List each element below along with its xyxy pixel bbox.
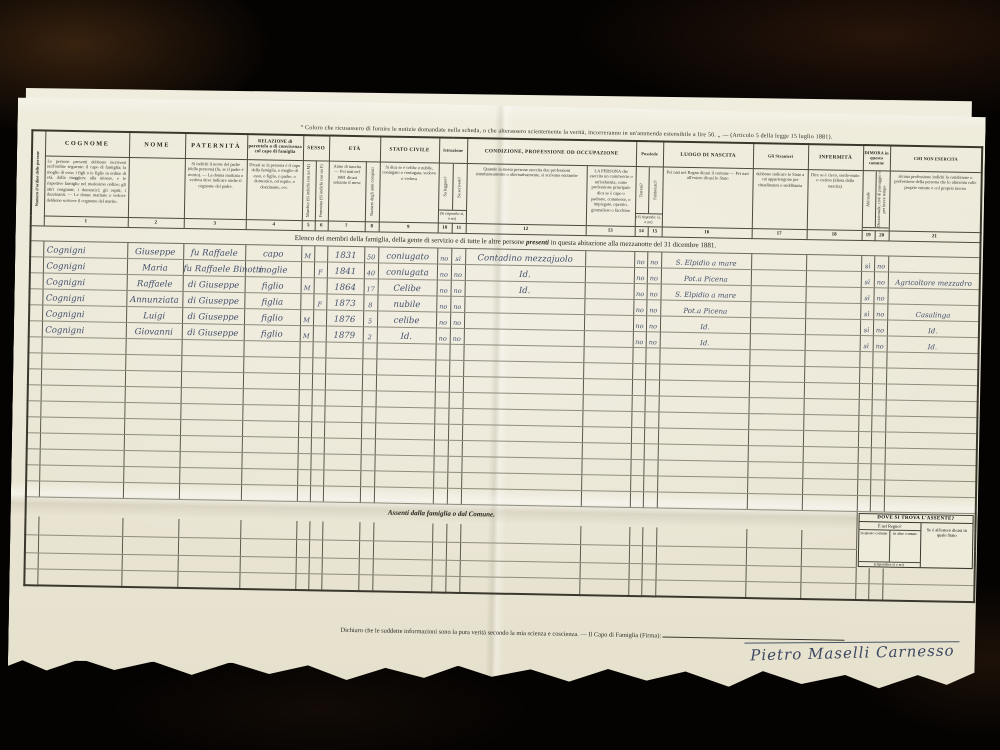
blank-cell — [125, 338, 181, 355]
blank-cell — [360, 486, 374, 502]
blank-cell — [322, 540, 359, 559]
eta-anno-note: Anno di nascita — Pei nati nel 1881 dica… — [328, 161, 366, 222]
blank-cell — [298, 437, 311, 453]
blank-cell — [362, 358, 376, 374]
blank-cell — [868, 584, 882, 600]
blank-cell — [582, 442, 631, 459]
blank-cell — [579, 579, 628, 596]
blank-cell — [311, 421, 324, 437]
blank-cell — [376, 358, 435, 375]
blank-cell — [432, 542, 446, 560]
blank-cell — [312, 373, 325, 389]
blank-cell — [749, 381, 804, 398]
blank-cell — [885, 447, 977, 465]
col-luogo-title: LUOGO DI NASCITA — [663, 141, 753, 168]
group-possiede-title: Possiede — [636, 141, 663, 166]
blank-cell — [435, 359, 449, 375]
blank-cell — [325, 358, 362, 375]
blank-cell — [372, 575, 431, 592]
blank-cell — [432, 560, 446, 576]
blank-cell — [122, 518, 178, 537]
blank-cell — [24, 569, 37, 585]
blank-cell — [309, 540, 322, 558]
blank-cell — [448, 424, 462, 440]
blank-cell — [296, 558, 309, 574]
col-stranieri-title: Gli Stranieri — [753, 143, 808, 169]
blank-cell — [581, 490, 630, 507]
blank-cell — [449, 392, 463, 408]
blank-cell — [375, 422, 434, 439]
blank-cell — [882, 584, 974, 602]
blank-cell — [40, 432, 124, 449]
blank-cell — [374, 454, 433, 471]
blank-cell — [583, 362, 632, 379]
blank-cell — [323, 485, 360, 502]
nome-note — [128, 157, 185, 218]
blank-cell — [858, 399, 871, 415]
blank-cell — [801, 548, 856, 567]
blank-cell — [855, 583, 868, 599]
blank-cell — [659, 347, 749, 365]
blank-cell — [243, 372, 299, 389]
blank-cell — [870, 463, 884, 479]
blank-cell — [359, 559, 373, 575]
blank-cell — [25, 535, 38, 553]
blank-cell — [124, 434, 180, 451]
blank-cell — [871, 415, 885, 431]
blank-cell — [884, 463, 976, 481]
blank-cell — [324, 406, 361, 423]
blank-cell — [239, 573, 295, 590]
blank-cell — [299, 341, 312, 357]
blank-cell — [658, 427, 748, 445]
blank-cell — [659, 395, 749, 413]
blank-cell — [803, 414, 858, 431]
blank-cell — [325, 374, 362, 391]
col-chinon-title: CHI NON ESERCITA — [890, 146, 982, 173]
blank-cell — [656, 564, 746, 582]
group-istruzione-title: Istruzione — [439, 138, 467, 163]
blank-cell — [178, 519, 240, 538]
blank-cell — [800, 583, 855, 600]
blank-cell — [434, 439, 448, 455]
census-table: Numero d'ordine delle persone COGNOME NO… — [23, 129, 983, 602]
blank-cell — [181, 371, 243, 388]
blank-cell — [37, 569, 121, 586]
blank-cell — [361, 422, 375, 438]
box-estero: Se è all'estero dicasi in quale Stato — [921, 523, 973, 568]
blank-cell — [643, 475, 657, 491]
blank-cell — [582, 426, 631, 443]
relazione-note: Dicasi se la persona è il capo della fam… — [246, 159, 303, 220]
blank-cell — [432, 524, 446, 542]
blank-cell — [857, 479, 870, 495]
stato-note: Si dica se è celibe o nubile, coniugato … — [379, 161, 439, 222]
blank-cell — [857, 463, 870, 479]
declaration-line: Dichiaro che le suddette informazioni so… — [340, 626, 844, 643]
blank-cell — [448, 440, 462, 456]
blank-cell — [433, 487, 447, 503]
blank-cell — [324, 422, 361, 439]
blank-cell — [41, 336, 125, 353]
group-sesso-title: SESSO — [303, 135, 329, 160]
condizione-12-note: Quando la stessa persona esercita due pr… — [466, 163, 587, 225]
blank-cell — [376, 374, 435, 391]
box-questo-comune: in questo comune — [858, 530, 889, 562]
possiede-note: Terreni?Fabbricati?(Si risponda: sì, o n… — [635, 166, 663, 226]
blank-cell — [179, 451, 241, 468]
blank-cell — [643, 459, 657, 475]
blank-cell — [803, 446, 858, 463]
blank-cell — [644, 427, 658, 443]
dimora-note: AbitualeOccasionale, cioè di passaggio o… — [862, 170, 890, 230]
blank-cell — [803, 398, 858, 415]
blank-cell — [630, 491, 643, 507]
blank-cell — [240, 538, 296, 557]
blank-cell — [312, 341, 325, 357]
blank-cell — [359, 541, 373, 559]
blank-cell — [630, 459, 643, 475]
blank-cell — [882, 568, 974, 586]
blank-cell — [310, 453, 323, 469]
blank-cell — [445, 576, 459, 592]
blank-cell — [746, 529, 801, 548]
blank-cell — [645, 379, 659, 395]
blank-cell — [125, 370, 181, 387]
blank-cell — [39, 448, 123, 465]
blank-cell — [241, 452, 297, 469]
col-relazione-title: RELAZIONE di parentela o di convivenza c… — [247, 134, 303, 160]
blank-cell — [885, 415, 977, 433]
blank-cell — [179, 483, 241, 500]
blank-cell — [632, 347, 645, 363]
blank-cell — [659, 379, 749, 397]
blank-cell — [125, 386, 181, 403]
blank-cell — [644, 411, 658, 427]
blank-cell — [643, 491, 657, 507]
blank-cell — [362, 390, 376, 406]
blank-cell — [122, 554, 178, 571]
blank-cell — [870, 495, 884, 511]
blank-cell — [747, 493, 802, 510]
blank-cell — [26, 448, 39, 464]
blank-cell — [178, 537, 240, 556]
blank-cell — [296, 539, 309, 557]
blank-cell — [28, 384, 41, 400]
blank-cell — [40, 416, 124, 433]
photo-background: “ Coloro che ricusassero di fornire le n… — [0, 0, 1000, 750]
blank-cell — [240, 520, 296, 539]
blank-cell — [375, 438, 434, 455]
blank-cell — [41, 368, 125, 385]
col-infermita-title: INFERMITÀ — [808, 144, 863, 170]
blank-cell — [857, 495, 870, 511]
blank-cell — [583, 394, 632, 411]
blank-cell — [749, 365, 804, 382]
blank-cell — [358, 575, 372, 591]
col-paternita-title: PATERNITÀ — [185, 133, 247, 159]
blank-cell — [27, 432, 40, 448]
blank-cell — [629, 563, 642, 579]
blank-cell — [40, 400, 124, 417]
blank-cell — [312, 389, 325, 405]
blank-cell — [310, 485, 323, 501]
blank-cell — [178, 555, 240, 572]
blank-cell — [804, 382, 859, 399]
blank-cell — [801, 530, 856, 549]
blank-cell — [362, 342, 376, 358]
blank-cell — [434, 407, 448, 423]
blank-cell — [123, 450, 179, 467]
blank-cell — [884, 479, 976, 497]
blank-cell — [872, 367, 886, 383]
blank-cell — [181, 355, 243, 372]
blank-cell — [179, 467, 241, 484]
blank-cell — [802, 494, 857, 511]
blank-cell — [632, 363, 645, 379]
blank-cell — [747, 461, 802, 478]
blank-cell — [434, 423, 448, 439]
sesso-maschio-note: Maschio (Si indichi con un M) — [302, 160, 316, 220]
blank-cell — [642, 546, 656, 564]
blank-cell — [747, 477, 802, 494]
blank-cell — [804, 366, 859, 383]
blank-cell — [885, 431, 977, 449]
blank-cell — [41, 384, 125, 401]
blank-cell — [295, 574, 308, 590]
sheet-content: “ Coloro che ricusassero di fornire le n… — [23, 120, 981, 602]
blank-cell — [885, 399, 977, 417]
blank-cell — [645, 363, 659, 379]
blank-cell — [859, 367, 872, 383]
blank-cell — [583, 346, 632, 363]
blank-cell — [872, 383, 886, 399]
sesso-femmina-note: Femmina (Si indichi con un F) — [315, 160, 329, 220]
blank-cell — [325, 342, 362, 359]
blank-cell — [629, 527, 642, 545]
blank-cell — [181, 339, 243, 356]
blank-cell — [376, 342, 435, 359]
box-rispondere: (rispondere sì o no) — [858, 561, 919, 567]
head-of-family-signature: Pietro Maselli Carnesso — [750, 641, 955, 664]
cell-cognome: Cognigni — [43, 240, 127, 257]
blank-cell — [630, 475, 643, 491]
blank-cell — [446, 542, 460, 560]
blank-cell — [645, 395, 659, 411]
blank-cell — [123, 482, 179, 499]
blank-cell — [629, 545, 642, 563]
blank-cell — [321, 574, 358, 591]
blank-cell — [858, 415, 871, 431]
blank-cell — [361, 406, 375, 422]
blank-cell — [376, 390, 435, 407]
blank-cell — [360, 470, 374, 486]
blank-cell — [27, 400, 40, 416]
blank-cell — [642, 564, 656, 580]
col-cognome-title: COGNOME — [45, 130, 129, 156]
blank-cell — [39, 480, 123, 497]
col-stato-title: STATO CIVILE — [380, 136, 439, 162]
blank-cell — [645, 347, 659, 363]
blank-cell — [177, 571, 239, 588]
blank-cell — [38, 517, 122, 537]
blank-cell — [25, 517, 38, 535]
blank-cell — [310, 469, 323, 485]
blank-cell — [312, 357, 325, 373]
blank-cell — [360, 454, 374, 470]
blank-cell — [655, 580, 745, 598]
blank-cell — [642, 528, 656, 546]
blank-cell — [297, 453, 310, 469]
blank-cell — [374, 470, 433, 487]
blank-cell — [39, 464, 123, 481]
blank-cell — [632, 379, 645, 395]
blank-cell — [657, 491, 747, 509]
blank-cell — [656, 546, 746, 566]
blank-cell — [581, 458, 630, 475]
blank-cell — [868, 568, 882, 584]
condizione-13-note: LA PERSONA che esercita un commercio o u… — [586, 165, 636, 226]
stranieri-note: debbono indicare lo Stato a cui apparten… — [752, 168, 808, 229]
blank-cell — [28, 352, 41, 368]
blank-cell — [886, 368, 978, 386]
blank-cell — [460, 542, 580, 562]
blank-cell — [181, 387, 243, 404]
blank-cell — [446, 524, 460, 542]
blank-cell — [241, 484, 297, 501]
blank-cell — [242, 436, 298, 453]
cognome-note: Le persone presenti debbono iscriversi n… — [44, 155, 129, 216]
blank-cell — [324, 438, 361, 455]
blank-cell — [122, 536, 178, 555]
col-nome-title: NOME — [129, 132, 185, 158]
blank-cell — [449, 344, 463, 360]
blank-cell — [582, 410, 631, 427]
blank-cell — [309, 522, 322, 540]
blank-cell — [644, 443, 658, 459]
blank-cell — [859, 383, 872, 399]
blank-cell — [658, 411, 748, 429]
blank-cell — [804, 350, 859, 367]
blank-cell — [373, 541, 432, 560]
blank-cell — [41, 352, 125, 369]
blank-cell — [628, 579, 641, 595]
blank-cell — [870, 479, 884, 495]
blank-cell — [123, 466, 179, 483]
blank-cell — [361, 438, 375, 454]
numero-vertical-label: Numero d'ordine delle persone — [35, 150, 41, 206]
blank-cell — [580, 526, 629, 545]
blank-cell — [27, 416, 40, 432]
blank-cell — [447, 456, 461, 472]
blank-cell — [631, 427, 644, 443]
blank-cell — [359, 522, 373, 540]
blank-cell — [124, 402, 180, 419]
blank-cell — [802, 462, 857, 479]
blank-cell — [581, 474, 630, 491]
blank-cell — [124, 418, 180, 435]
blank-cell — [435, 391, 449, 407]
blank-cell — [580, 563, 629, 580]
blank-cell — [431, 576, 445, 592]
blank-cell — [240, 557, 296, 574]
blank-cell — [433, 471, 447, 487]
blank-cell — [38, 535, 122, 555]
blank-cell — [242, 404, 298, 421]
blank-cell — [749, 349, 804, 366]
blank-cell — [659, 363, 749, 381]
blank-cell — [373, 559, 432, 576]
infermita-note: Dire se è cieco, sordo-muto o cretino (i… — [807, 169, 863, 230]
blank-cell — [871, 431, 885, 447]
blank-cell — [886, 352, 978, 370]
blank-cell — [28, 368, 41, 384]
blank-cell — [323, 453, 360, 470]
blank-cell — [362, 374, 376, 390]
blank-cell — [448, 408, 462, 424]
blank-cell — [449, 360, 463, 376]
blank-cell — [375, 406, 434, 423]
blank-cell — [657, 459, 747, 477]
blank-cell — [858, 447, 871, 463]
blank-cell — [243, 356, 299, 373]
blank-cell — [800, 567, 855, 584]
blank-cell — [25, 553, 38, 569]
blank-cell — [323, 469, 360, 486]
blank-cell — [435, 343, 449, 359]
blank-cell — [297, 485, 310, 501]
blank-cell — [657, 475, 747, 493]
blank-cell — [309, 558, 322, 574]
blank-cell — [299, 373, 312, 389]
blank-cell — [322, 522, 359, 541]
blank-cell — [433, 455, 447, 471]
blank-cell — [631, 411, 644, 427]
chinon-note: alcuna professione indichi la condizione… — [889, 171, 982, 233]
blank-cell — [180, 419, 242, 436]
blank-cell — [446, 560, 460, 576]
blank-cell — [583, 378, 632, 395]
blank-cell — [632, 395, 645, 411]
blank-cell — [459, 576, 579, 594]
blank-cell — [855, 567, 868, 583]
paternita-note: Si indichi il nome del padre (della pers… — [184, 158, 247, 219]
blank-cell — [449, 376, 463, 392]
blank-cell — [745, 582, 800, 599]
blank-cell — [656, 528, 746, 548]
blank-cell — [121, 570, 177, 587]
blank-cell — [296, 521, 309, 539]
blank-cell — [746, 547, 801, 566]
blank-cell — [435, 375, 449, 391]
blank-cell — [748, 445, 803, 462]
dove-si-trova-box: DOVE SI TROVA L'ASSENTE? È nel Regno? in… — [857, 513, 973, 569]
group-dimora-title: DIMORA in questo comune — [863, 145, 890, 170]
istruzione-note: Sa leggere?Sa scrivere?(Si risponda: sì,… — [438, 163, 467, 223]
blank-cell — [871, 399, 885, 415]
blank-cell — [180, 435, 242, 452]
blank-cell — [746, 566, 801, 583]
blank-cell — [28, 336, 41, 352]
blank-cell — [299, 357, 312, 373]
group-eta-title: ETÀ — [329, 136, 380, 162]
blank-cell — [308, 574, 321, 590]
blank-cell — [38, 553, 122, 570]
blank-cell — [884, 495, 976, 513]
blank-cell — [802, 478, 857, 495]
blank-cell — [447, 472, 461, 488]
box-altro-comune: in altro comune — [889, 530, 921, 562]
